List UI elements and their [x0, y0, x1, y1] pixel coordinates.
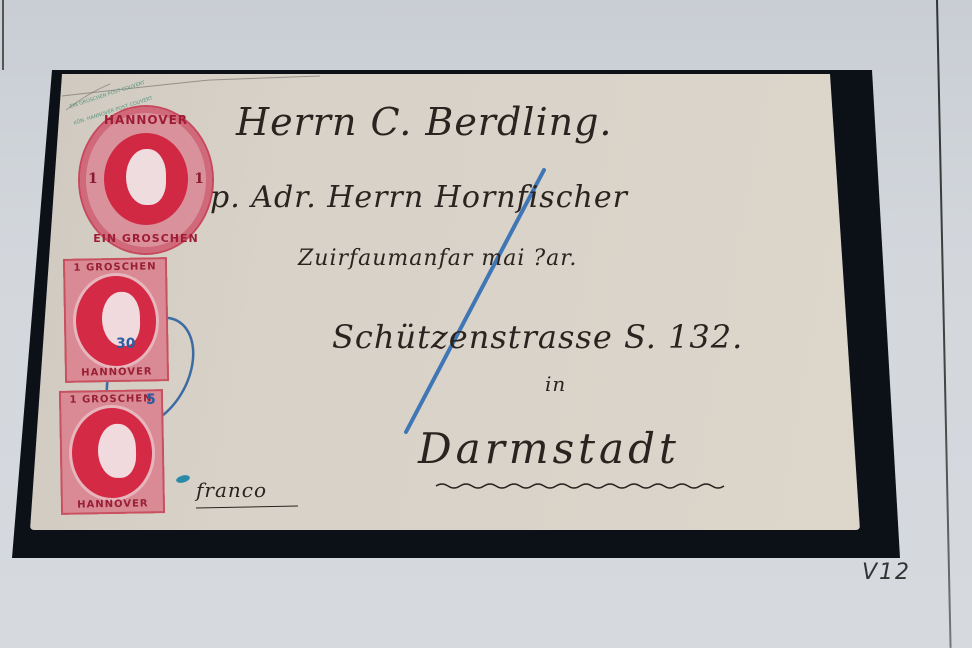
album-page-label: V12 [862, 560, 911, 585]
address-line-occupation: Zuirfaumanfar mai ?ar. [298, 246, 577, 271]
king-portrait-icon [98, 424, 137, 479]
stamp-portrait-oval [71, 407, 153, 498]
address-line-city: Darmstadt [418, 424, 680, 473]
stamp-top-text: 1 GROSCHEN [63, 261, 167, 274]
postmark-fragment: 5 [146, 392, 156, 408]
indicium-value-right: 1 [194, 171, 204, 187]
address-line-recipient: Herrn C. Berdling. [236, 100, 612, 144]
address-line-in: in [545, 372, 566, 396]
postmark-fragment: 30 [116, 336, 135, 352]
address-line-care-of: p. Adr. Herrn Hornfischer [210, 180, 628, 215]
stamp-bottom-text: HANNOVER [61, 498, 165, 511]
king-portrait-icon [126, 149, 166, 205]
franco-note: franco [196, 478, 267, 502]
indicium-value-left: 1 [88, 171, 98, 187]
imprinted-stamp-indicium: HANNOVER 1 1 EIN GROSCHEN [80, 107, 212, 253]
address-line-street: Schützenstrasse S. 132. [332, 318, 743, 356]
indicium-portrait-oval [104, 133, 188, 225]
adhesive-stamp: 1 GROSCHEN HANNOVER [63, 257, 169, 383]
stamp-bottom-text: HANNOVER [65, 366, 169, 379]
stamp-portrait-oval [75, 275, 157, 366]
indicium-top-text: HANNOVER [80, 113, 212, 127]
indicium-bottom-text: EIN GROSCHEN [80, 232, 212, 245]
